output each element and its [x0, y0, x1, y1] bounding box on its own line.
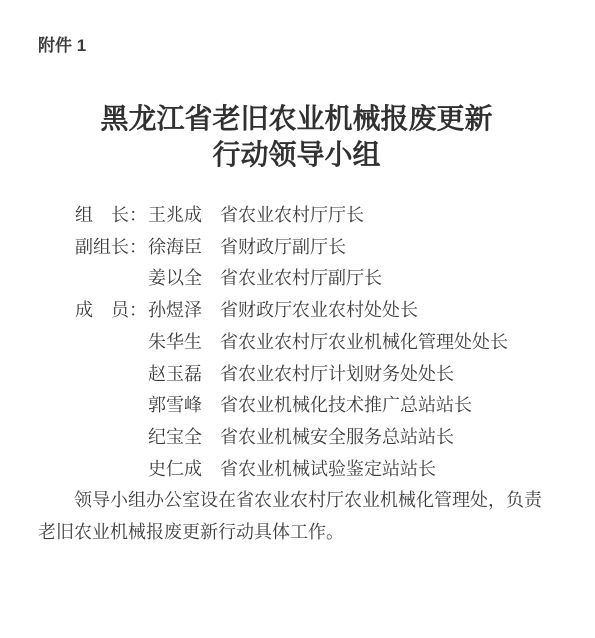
- roster-row: 史仁成 省农业机械试验鉴定站站长: [75, 454, 555, 486]
- roster-position: 省农业农村厅厅长: [220, 200, 555, 232]
- closing-line-2: 老旧农业机械报废更新行动具体工作。: [38, 517, 555, 549]
- roster-row: 郭雪峰 省农业机械化技术推广总站站长: [75, 390, 555, 422]
- roster-position: 省农业机械安全服务总站站长: [220, 422, 555, 454]
- roster-name: 徐海臣: [148, 232, 220, 264]
- roster-role: 组 长：: [75, 200, 148, 232]
- roster-name: 郭雪峰: [148, 390, 220, 422]
- roster-role: [75, 454, 148, 486]
- roster-name: 纪宝全: [148, 422, 220, 454]
- roster-role: [75, 390, 148, 422]
- roster-row: 纪宝全 省农业机械安全服务总站站长: [75, 422, 555, 454]
- roster-row: 副组长： 徐海臣 省财政厅副厅长: [75, 232, 555, 264]
- roster-position: 省农业机械试验鉴定站站长: [220, 454, 555, 486]
- closing-line-1: 领导小组办公室设在省农业农村厅农业机械化管理处，负责: [38, 485, 555, 517]
- roster-row: 组 长： 王兆成 省农业农村厅厅长: [75, 200, 555, 232]
- roster-name: 赵玉磊: [148, 359, 220, 391]
- roster-position: 省农业农村厅副厅长: [220, 263, 555, 295]
- roster-position: 省财政厅农业农村处处长: [220, 295, 555, 327]
- roster-row: 姜以全 省农业农村厅副厅长: [75, 263, 555, 295]
- roster-position: 省财政厅副厅长: [220, 232, 555, 264]
- title-line-1: 黑龙江省老旧农业机械报废更新: [38, 102, 555, 138]
- roster-role: 成 员：: [75, 295, 148, 327]
- roster-name: 朱华生: [148, 327, 220, 359]
- roster-role: [75, 359, 148, 391]
- document-title: 黑龙江省老旧农业机械报废更新 行动领导小组: [38, 102, 555, 174]
- roster-position: 省农业农村厅计划财务处处长: [220, 359, 555, 391]
- roster-role: [75, 327, 148, 359]
- roster-row: 赵玉磊 省农业农村厅计划财务处处长: [75, 359, 555, 391]
- roster-name: 姜以全: [148, 263, 220, 295]
- closing-paragraph: 领导小组办公室设在省农业农村厅农业机械化管理处，负责 老旧农业机械报废更新行动具…: [38, 485, 555, 548]
- roster-position: 省农业机械化技术推广总站站长: [220, 390, 555, 422]
- leadership-roster: 组 长： 王兆成 省农业农村厅厅长 副组长： 徐海臣 省财政厅副厅长 姜以全 省…: [75, 200, 555, 485]
- document-page: 附件 1 黑龙江省老旧农业机械报废更新 行动领导小组 组 长： 王兆成 省农业农…: [0, 0, 595, 638]
- roster-name: 孙煜泽: [148, 295, 220, 327]
- roster-row: 成 员： 孙煜泽 省财政厅农业农村处处长: [75, 295, 555, 327]
- roster-row: 朱华生 省农业农村厅农业机械化管理处处长: [75, 327, 555, 359]
- roster-position: 省农业农村厅农业机械化管理处处长: [220, 327, 555, 359]
- attachment-label: 附件 1: [38, 36, 555, 56]
- roster-name: 王兆成: [148, 200, 220, 232]
- roster-role: [75, 422, 148, 454]
- roster-role: 副组长：: [75, 232, 148, 264]
- title-line-2: 行动领导小组: [38, 138, 555, 174]
- roster-name: 史仁成: [148, 454, 220, 486]
- roster-role: [75, 263, 148, 295]
